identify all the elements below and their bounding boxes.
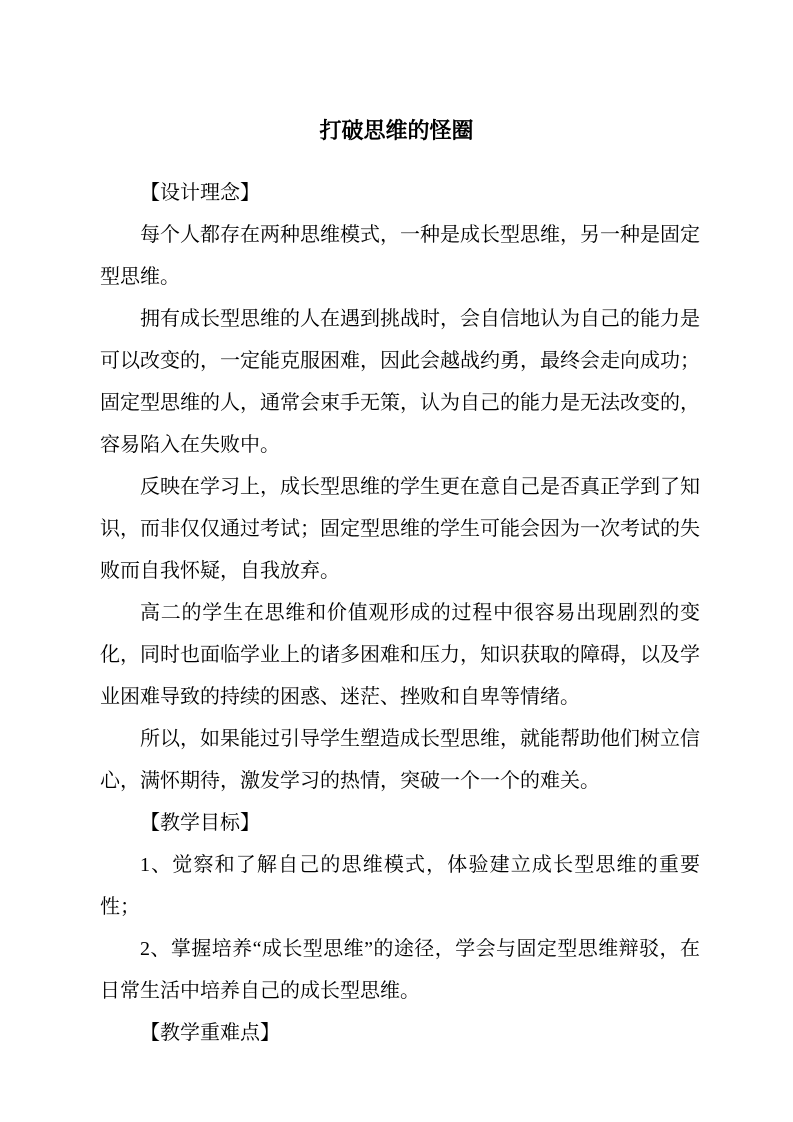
section-heading-key-difficult-points: 【教学重难点】 xyxy=(100,1012,700,1054)
document-page: 打破思维的怪圈 【设计理念】 每个人都存在两种思维模式，一种是成长型思维，另一种… xyxy=(0,0,793,1122)
paragraph: 反映在学习上，成长型思维的学生更在意自己是否真正学到了知识，而非仅仅通过考试；固… xyxy=(100,466,700,592)
document-body: 【设计理念】 每个人都存在两种思维模式，一种是成长型思维，另一种是固定型思维。 … xyxy=(100,172,700,1054)
list-item-goal-1: 1、觉察和了解自己的思维模式，体验建立成长型思维的重要性； xyxy=(100,844,700,928)
section-heading-teaching-goals: 【教学目标】 xyxy=(100,802,700,844)
paragraph: 所以，如果能过引导学生塑造成长型思维，就能帮助他们树立信心，满怀期待，激发学习的… xyxy=(100,718,700,802)
section-heading-design-concept: 【设计理念】 xyxy=(100,172,700,214)
paragraph: 高二的学生在思维和价值观形成的过程中很容易出现剧烈的变化，同时也面临学业上的诸多… xyxy=(100,592,700,718)
paragraph: 每个人都存在两种思维模式，一种是成长型思维，另一种是固定型思维。 xyxy=(100,214,700,298)
document-title: 打破思维的怪圈 xyxy=(0,0,793,146)
list-item-goal-2: 2、掌握培养“成长型思维”的途径，学会与固定型思维辩驳，在日常生活中培养自己的成… xyxy=(100,928,700,1012)
paragraph: 拥有成长型思维的人在遇到挑战时，会自信地认为自己的能力是可以改变的，一定能克服困… xyxy=(100,298,700,466)
